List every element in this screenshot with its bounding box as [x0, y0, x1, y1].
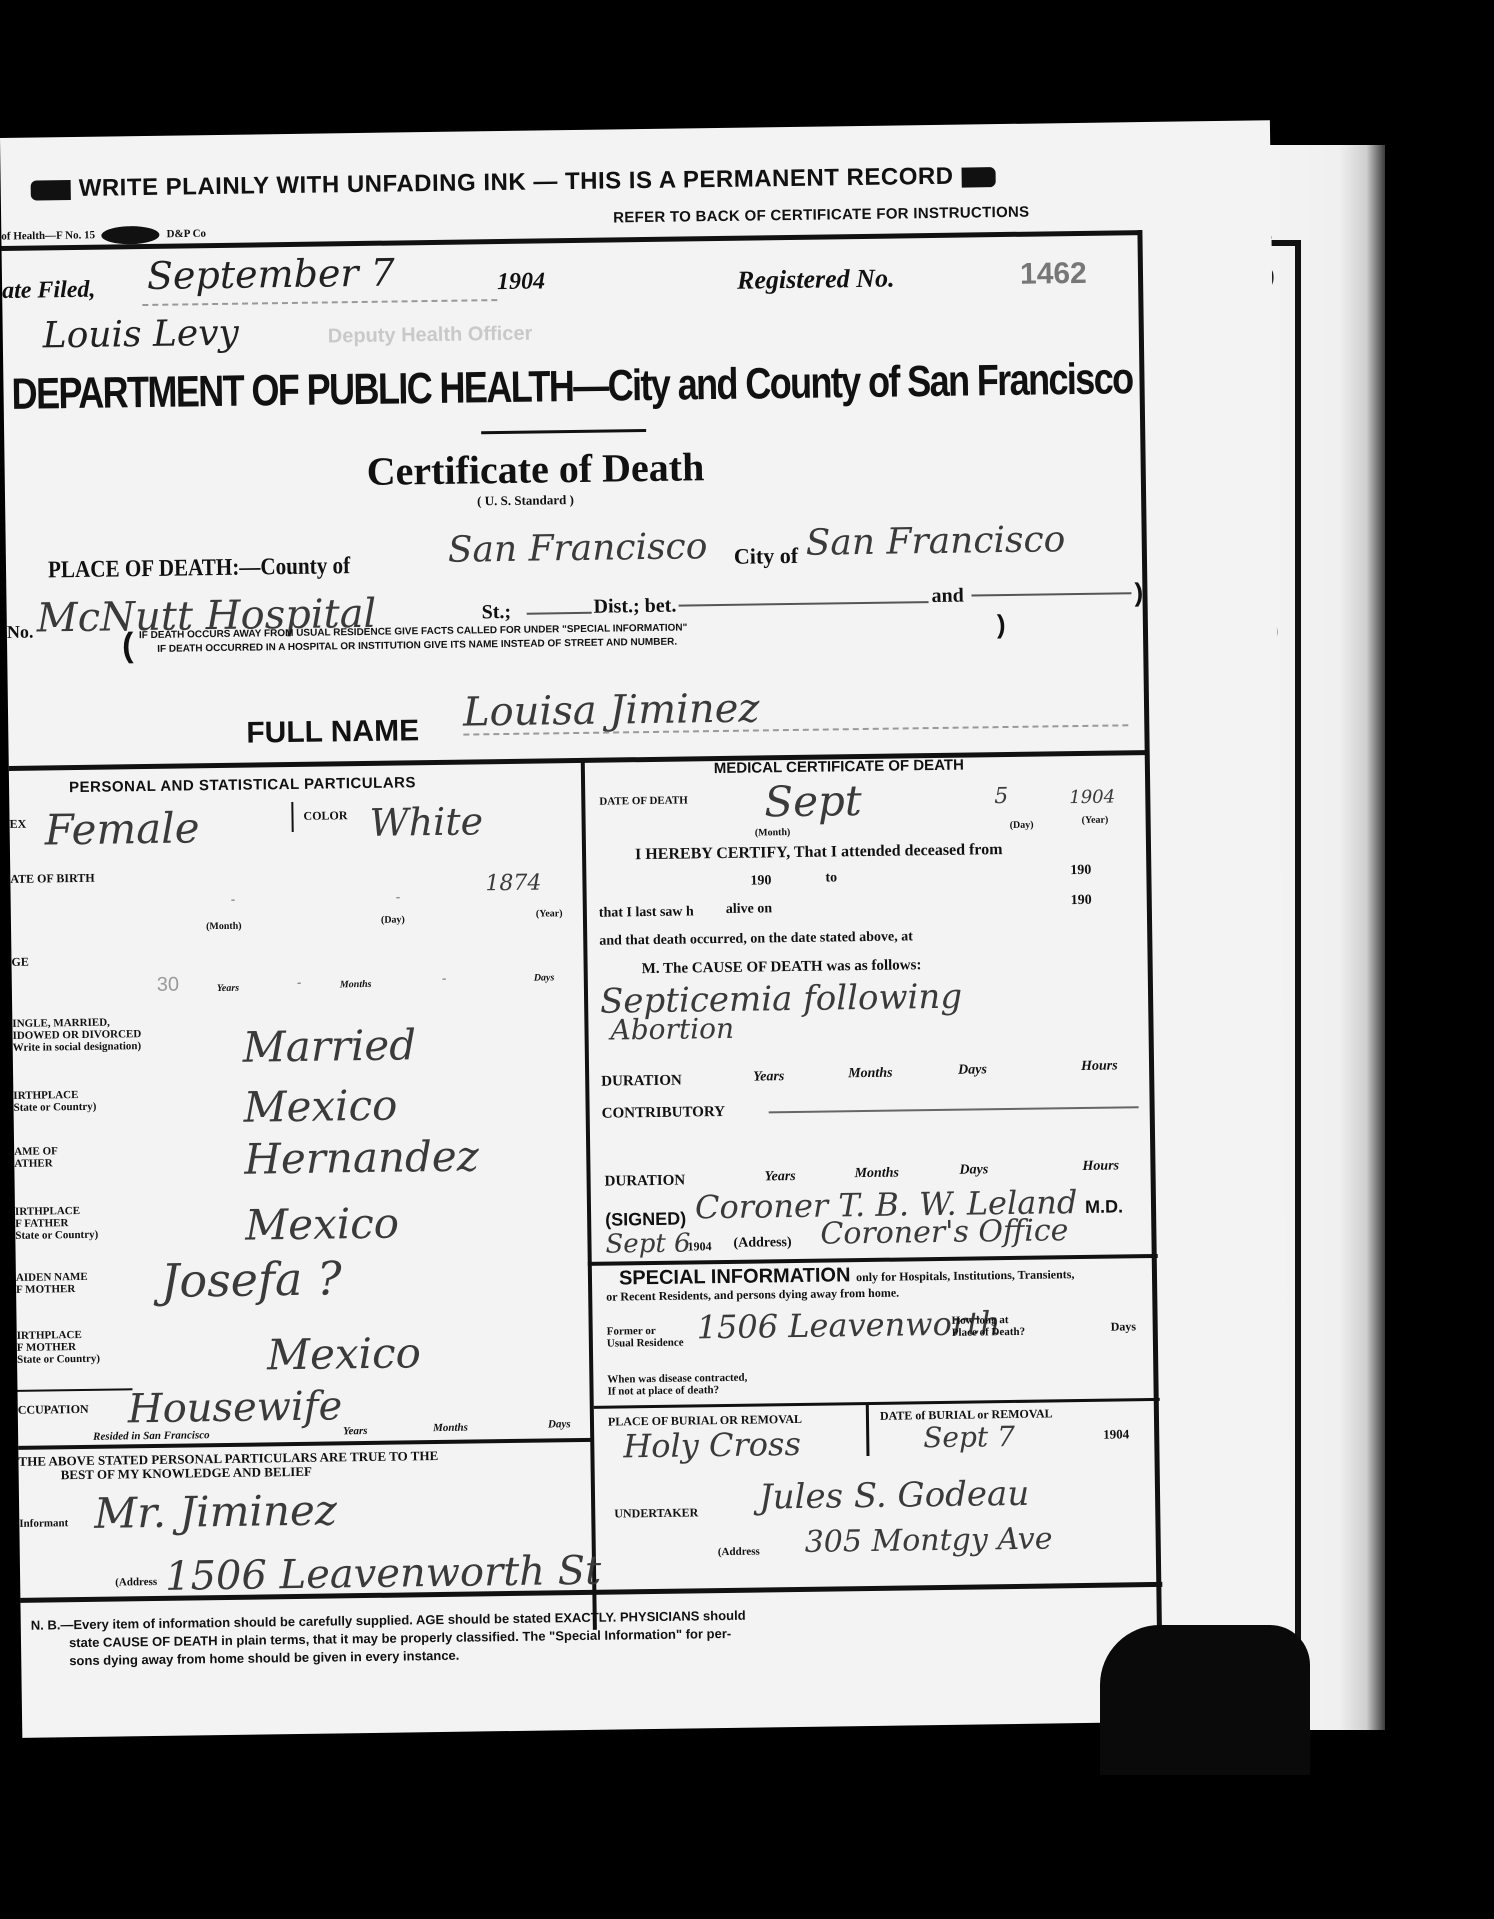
- mother-name-label-1: AIDEN NAME: [16, 1271, 88, 1284]
- certify-190c: 190: [1071, 895, 1092, 907]
- pointing-hand-icon: [961, 167, 995, 187]
- signed-date-value: Sept 6: [605, 1228, 691, 1259]
- dob-label: ATE OF BIRTH: [10, 872, 94, 885]
- signed-label: (SIGNED): [605, 1209, 686, 1231]
- and-label: and: [931, 585, 964, 608]
- close-paren: ): [997, 609, 1006, 640]
- certify-line1: I HEREBY CERTIFY, That I attended deceas…: [635, 844, 1003, 861]
- mother-name-value: Josefa ?: [161, 1251, 342, 1308]
- duration2-label: DURATION: [605, 1175, 686, 1188]
- burial-place-value: Holy Cross: [623, 1425, 801, 1465]
- birthplace-label-2: State or Country): [13, 1101, 96, 1114]
- age-months-value: -: [297, 974, 302, 990]
- registered-no-label: Registered No.: [737, 264, 895, 296]
- certify-line3: and that death occurred, on the date sta…: [599, 931, 913, 947]
- age-months-label: Months: [340, 979, 372, 990]
- duration-years-label: Years: [753, 1069, 784, 1085]
- certify-190b: 190: [1070, 865, 1091, 877]
- full-name-value: Louisa Jiminez: [463, 685, 760, 735]
- contributory-label: CONTRIBUTORY: [602, 1106, 726, 1120]
- dod-month-value: Sept: [764, 776, 862, 826]
- how-long-days-label: Days: [1111, 1320, 1137, 1332]
- department-title: DEPARTMENT OF PUBLIC HEALTH—City and Cou…: [11, 354, 1133, 420]
- contracted-label-1: When was disease contracted,: [607, 1372, 747, 1386]
- duration2-days-label: Days: [959, 1162, 988, 1178]
- close-paren: ): [1134, 577, 1143, 608]
- city-label: City of: [734, 543, 799, 570]
- certify-line4: M. The CAUSE OF DEATH was as follows:: [642, 959, 922, 975]
- sex-value: Female: [44, 803, 200, 854]
- dob-year-label: (Year): [536, 908, 563, 920]
- dod-year-label: (Year): [1082, 815, 1109, 827]
- city-value: San Francisco: [805, 519, 1065, 564]
- signed-address-value: Coroner's Office: [820, 1213, 1068, 1251]
- special-subheading: or Recent Residents, and persons dying a…: [606, 1286, 899, 1305]
- street-line: [527, 612, 592, 615]
- occupation-rule: [17, 1388, 132, 1392]
- undertaker-address-value: 305 Montgy Ave: [804, 1521, 1052, 1559]
- marital-label-3: Write in social designation): [13, 1040, 142, 1054]
- thumb-shadow: [1100, 1625, 1310, 1775]
- duration2-years-label: Years: [764, 1169, 795, 1185]
- header-banner: WRITE PLAINLY WITH UNFADING INK — THIS I…: [31, 162, 996, 203]
- duration-hours-label: Hours: [1081, 1058, 1118, 1075]
- personal-heading: PERSONAL AND STATISTICAL PARTICULARS: [69, 774, 416, 796]
- certify-line2a: that I last saw h: [599, 906, 694, 919]
- officer-signature: Louis Levy: [42, 313, 239, 357]
- former-residence-label-1: Former or: [607, 1325, 656, 1338]
- place-of-death-label: PLACE OF DEATH:—County of: [48, 553, 351, 584]
- sex-label: EX: [9, 818, 26, 830]
- dob-day-label: (Day): [381, 914, 405, 926]
- certify-to: to: [825, 872, 837, 884]
- date-filed-label: ate Filed,: [2, 277, 96, 305]
- death-certificate-page: WRITE PLAINLY WITH UNFADING INK — THIS I…: [0, 120, 1292, 1738]
- dob-month-value: -: [231, 891, 236, 907]
- occupation-value: Housewife: [127, 1383, 342, 1432]
- birthplace-label-1: IRTHPLACE: [13, 1089, 78, 1102]
- mother-birthplace-label-3: State or Country): [17, 1353, 100, 1366]
- dod-day-label: (Day): [1010, 820, 1034, 832]
- informant-value: Mr. Jiminez: [94, 1485, 337, 1537]
- cause-line2: Abortion: [610, 1012, 734, 1047]
- district-label: Dist.; bet.: [593, 595, 676, 619]
- age-days-label: Days: [534, 972, 555, 983]
- dob-day-value: -: [396, 888, 401, 904]
- duration-months-label: Months: [848, 1066, 893, 1083]
- instructions-note: REFER TO BACK OF CERTIFICATE FOR INSTRUC…: [613, 204, 1029, 227]
- duration-days-label: Days: [958, 1062, 987, 1078]
- burial-date-value: Sept 7: [923, 1420, 1015, 1454]
- father-name-value: Hernandez: [244, 1131, 479, 1183]
- how-long-label-2: Place of Death?: [952, 1326, 1025, 1339]
- how-long-label-1: How long at: [952, 1314, 1009, 1327]
- dob-year-value: 1874: [485, 871, 541, 897]
- resided-months-label: Months: [433, 1422, 468, 1434]
- open-paren: (: [122, 626, 134, 665]
- father-birthplace-value: Mexico: [245, 1199, 399, 1250]
- occupation-label: CCUPATION: [18, 1403, 89, 1416]
- duration-label: DURATION: [601, 1075, 682, 1088]
- street-no-label: No.: [7, 622, 34, 643]
- sex-color-divider: [291, 802, 293, 832]
- duration2-months-label: Months: [854, 1166, 899, 1183]
- date-filed-value: September 7: [147, 251, 395, 298]
- mother-birthplace-value: Mexico: [267, 1328, 421, 1379]
- mother-birthplace-label-1: IRTHPLACE: [17, 1329, 82, 1342]
- street-label: St.;: [482, 601, 512, 624]
- mother-birthplace-label-2: F MOTHER: [17, 1341, 76, 1354]
- medical-heading: MEDICAL CERTIFICATE OF DEATH: [714, 757, 964, 777]
- resided-years-label: Years: [343, 1425, 368, 1437]
- mother-name-label-2: F MOTHER: [16, 1283, 75, 1296]
- district-line: [679, 601, 929, 606]
- birthplace-value: Mexico: [243, 1081, 397, 1132]
- and-line: [971, 592, 1131, 596]
- undertaker-address-label: (Address: [718, 1546, 760, 1559]
- informant-label: Informant: [19, 1517, 68, 1530]
- dod-year-value: 1904: [1069, 786, 1115, 808]
- officer-title-stamp: Deputy Health Officer: [328, 323, 533, 349]
- dod-label: DATE OF DEATH: [599, 794, 688, 807]
- age-days-value: -: [442, 970, 447, 986]
- pointing-hand-icon: [31, 180, 71, 201]
- registered-no-value: 1462: [1020, 257, 1087, 292]
- color-value: White: [369, 799, 483, 845]
- father-birthplace-label-1: IRTHPLACE: [15, 1205, 80, 1218]
- certificate-title: Certificate of Death: [366, 443, 704, 495]
- title-divider: [481, 429, 646, 434]
- certify-line2b: alive on: [726, 903, 772, 916]
- duration2-hours-label: Hours: [1082, 1158, 1119, 1175]
- burial-rule: [594, 1398, 1160, 1409]
- father-name-label-2: ATHER: [14, 1157, 52, 1170]
- right-border: [1137, 230, 1162, 1630]
- union-seal-icon: [102, 226, 160, 245]
- father-name-label-1: AME OF: [14, 1145, 58, 1158]
- section-divider: [9, 750, 1149, 771]
- signed-year: 1904: [687, 1240, 711, 1252]
- former-residence-label-2: Usual Residence: [607, 1337, 684, 1350]
- dod-day-value: 5: [994, 784, 1008, 809]
- signed-address-label: (Address): [733, 1237, 791, 1250]
- age-years-label: Years: [217, 983, 239, 994]
- contracted-label-2: If not at place of death?: [607, 1384, 719, 1398]
- date-filed-year: 1904: [497, 268, 545, 296]
- color-label: COLOR: [303, 809, 347, 822]
- father-birthplace-label-2: F FATHER: [15, 1217, 68, 1230]
- footer-note-line3: sons dying away from home should be give…: [69, 1648, 459, 1668]
- md-label: M.D.: [1085, 1196, 1123, 1218]
- county-value: San Francisco: [448, 526, 708, 571]
- attest-line2: BEST OF MY KNOWLEDGE AND BELIEF: [61, 1466, 312, 1482]
- full-name-label: FULL NAME: [246, 714, 419, 750]
- burial-year: 1904: [1103, 1428, 1129, 1440]
- column-divider: [581, 760, 597, 1630]
- marital-value: Married: [242, 1020, 416, 1071]
- dob-month-label: (Month): [206, 921, 242, 933]
- age-label: GE: [11, 956, 29, 968]
- certify-190a: 190: [750, 875, 771, 887]
- burial-divider: [866, 1404, 870, 1456]
- informant-address-label: (Address: [115, 1576, 157, 1589]
- undertaker-label: UNDERTAKER: [614, 1506, 698, 1519]
- date-filed-line: [142, 299, 497, 306]
- dod-month-label: (Month): [755, 827, 791, 839]
- contributory-line: [769, 1106, 1139, 1113]
- resided-label: Resided in San Francisco: [93, 1429, 210, 1443]
- age-years-value: 30: [157, 974, 180, 997]
- father-birthplace-label-3: State or Country): [15, 1229, 98, 1242]
- standard-note: ( U. S. Standard ): [477, 492, 574, 509]
- undertaker-value: Jules S. Godeau: [759, 1474, 1030, 1518]
- resided-days-label: Days: [548, 1418, 571, 1430]
